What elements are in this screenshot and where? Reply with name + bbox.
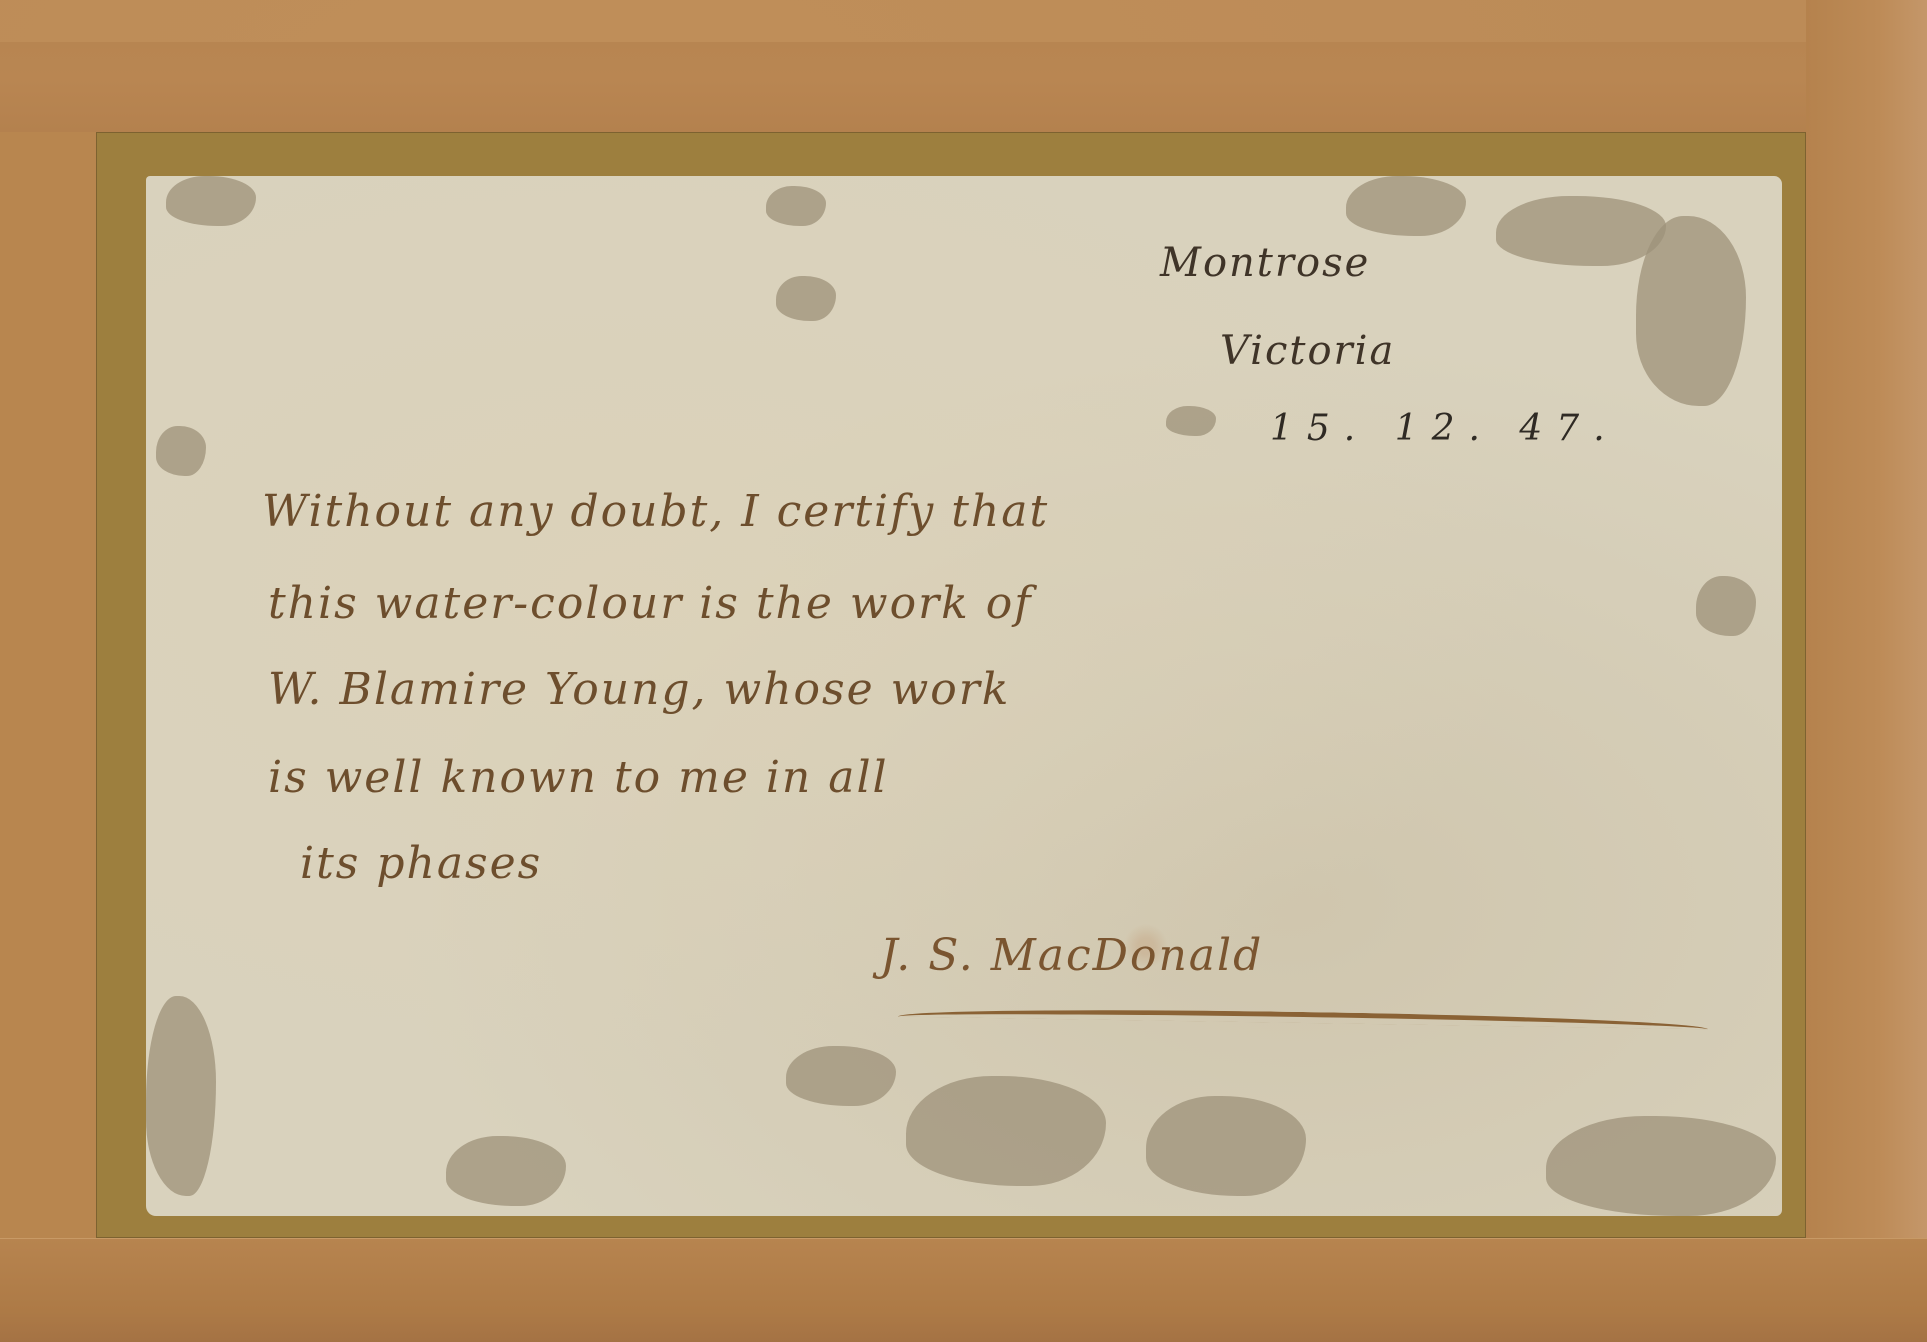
foxing-stain — [1636, 216, 1746, 406]
foxing-stain — [1496, 196, 1666, 266]
foxing-stain — [1696, 576, 1756, 636]
tape-strip-top — [0, 42, 1927, 133]
place-line-1: Montrose — [1160, 240, 1370, 286]
date: 15. 12. 47. — [1270, 408, 1619, 449]
foxing-stain — [146, 996, 216, 1196]
body-line-4: is well known to me in all — [268, 752, 889, 803]
place-line-2: Victoria — [1220, 328, 1395, 374]
tape-strip-right — [1806, 0, 1927, 1342]
body-line-5: its phases — [300, 838, 542, 889]
foxing-stain — [906, 1076, 1106, 1186]
tape-strip-bottom — [0, 1238, 1927, 1342]
foxing-stain — [766, 186, 826, 226]
foxing-stain — [1166, 406, 1216, 436]
foxing-stain — [1146, 1096, 1306, 1196]
foxing-stain — [446, 1136, 566, 1206]
body-line-2: this water-colour is the work of — [268, 578, 1033, 629]
foxing-stain — [786, 1046, 896, 1106]
foxing-stain — [1346, 176, 1466, 236]
foxing-stain — [776, 276, 836, 321]
foxing-stain — [1546, 1116, 1776, 1216]
tape-strip-left — [0, 132, 96, 1238]
body-line-1: Without any doubt, I certify that — [262, 486, 1049, 537]
signature: J. S. MacDonald — [880, 930, 1263, 981]
foxing-stain — [166, 176, 256, 226]
foxing-stain — [156, 426, 206, 476]
body-line-3: W. Blamire Young, whose work — [268, 664, 1010, 715]
